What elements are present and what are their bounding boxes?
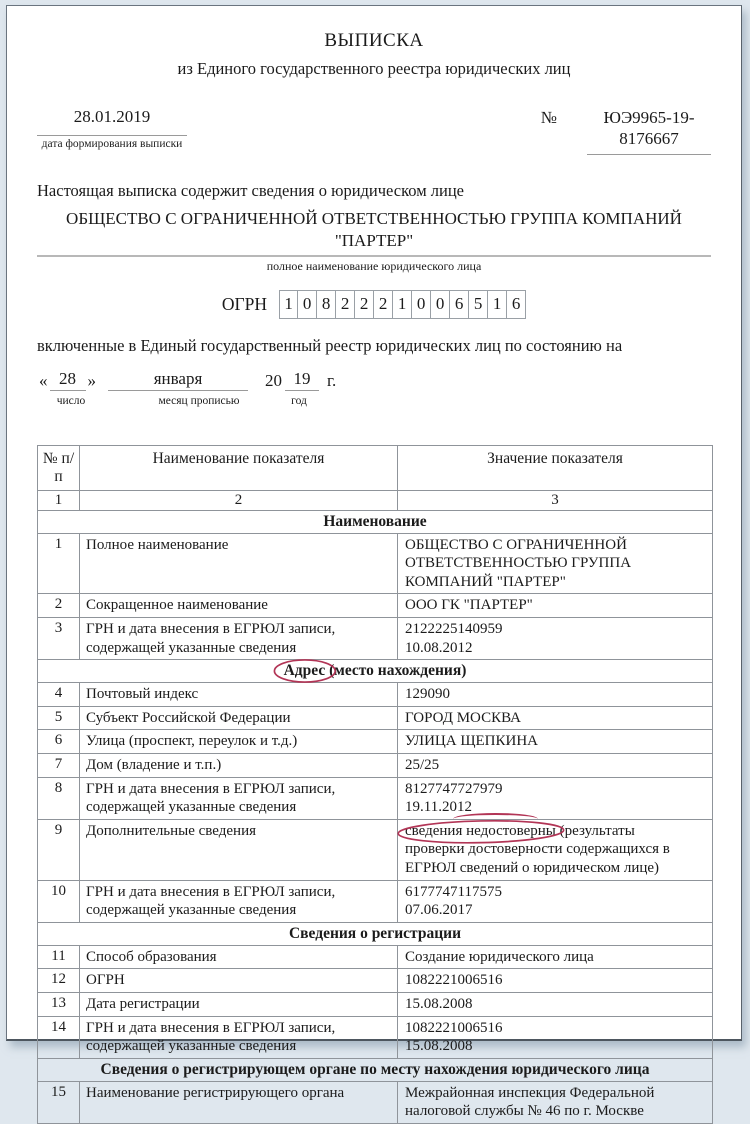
table-row: 3ГРН и дата внесения в ЕГРЮЛ записи, сод… xyxy=(38,618,713,660)
formation-date: 28.01.2019 xyxy=(37,107,187,136)
indicator-value: 2122225140959 10.08.2012 xyxy=(398,618,713,660)
row-number: 14 xyxy=(38,1016,80,1058)
ogrn-digit-cell: 0 xyxy=(298,290,317,319)
header-indicator-name: Наименование показателя xyxy=(80,445,398,490)
section-header: Сведения о регистрирующем органе по мест… xyxy=(38,1058,713,1081)
table-row: 2Сокращенное наименованиеООО ГК "ПАРТЕР" xyxy=(38,594,713,618)
table-row: 10ГРН и дата внесения в ЕГРЮЛ записи, со… xyxy=(38,880,713,922)
table-row: 6Улица (проспект, переулок и т.д.)УЛИЦА … xyxy=(38,730,713,754)
table-row: 12ОГРН1082221006516 xyxy=(38,969,713,993)
as-of-date-values: « 28 » января 20 19 г. xyxy=(37,369,711,391)
table-row: 7Дом (владение и т.п.)25/25 xyxy=(38,754,713,778)
ogrn-digit-cell: 1 xyxy=(488,290,507,319)
row-number: 3 xyxy=(38,618,80,660)
table-row: 13Дата регистрации15.08.2008 xyxy=(38,992,713,1016)
indicator-name: ОГРН xyxy=(80,969,398,993)
red-circle-annotation: Адрес xyxy=(284,662,326,680)
ogrn-digit-cell: 2 xyxy=(355,290,374,319)
indicator-value: 25/25 xyxy=(398,754,713,778)
year-value: 19 xyxy=(285,369,319,391)
ogrn-digit-cell: 8 xyxy=(317,290,336,319)
column-number-row: 1 2 3 xyxy=(38,490,713,510)
close-quote: » xyxy=(86,371,99,391)
year-label: год xyxy=(279,395,319,407)
ogrn-digit-cell: 6 xyxy=(450,290,469,319)
indicator-name: Дата регистрации xyxy=(80,992,398,1016)
ogrn-digit-boxes: 1082221006516 xyxy=(279,290,526,319)
indicator-name: ГРН и дата внесения в ЕГРЮЛ записи, соде… xyxy=(80,880,398,922)
indicator-value: ООО ГК "ПАРТЕР" xyxy=(398,594,713,618)
indicator-value: ГОРОД МОСКВА xyxy=(398,706,713,730)
section-header: Сведения о регистрации xyxy=(38,922,713,945)
indicator-name: Дополнительные сведения xyxy=(80,819,398,880)
ogrn-digit-cell: 1 xyxy=(279,290,298,319)
ogrn-digit-cell: 6 xyxy=(507,290,526,319)
ogrn-label: ОГРН xyxy=(222,294,267,315)
row-number: 10 xyxy=(38,880,80,922)
table-row: 15Наименование регистрирующего органаМеж… xyxy=(38,1081,713,1123)
header-num: № п/п xyxy=(38,445,80,490)
formation-date-label: дата формирования выписки xyxy=(37,136,187,150)
month-label: месяц прописью xyxy=(129,395,269,407)
ogrn-digit-cell: 1 xyxy=(393,290,412,319)
section-header: Наименование xyxy=(38,510,713,533)
table-row: 11Способ образованияСоздание юридическог… xyxy=(38,945,713,969)
extract-number-block: № ЮЭ9965-19-8176667 xyxy=(541,107,711,155)
indicator-name: ГРН и дата внесения в ЕГРЮЛ записи, соде… xyxy=(80,777,398,819)
row-number: 1 xyxy=(38,533,80,594)
date-number-row: 28.01.2019 дата формирования выписки № Ю… xyxy=(37,107,711,155)
indicator-value: Создание юридического лица xyxy=(398,945,713,969)
circled-text: сведения недостоверны xyxy=(405,823,556,839)
indicator-value: сведения недостоверны (результаты провер… xyxy=(398,819,713,880)
ogrn-row: ОГРН 1082221006516 xyxy=(37,290,711,319)
table-row: 9Дополнительные сведениясведения недосто… xyxy=(38,819,713,880)
table-row: 5Субъект Российской ФедерацииГОРОД МОСКВ… xyxy=(38,706,713,730)
indicator-name: Субъект Российской Федерации xyxy=(80,706,398,730)
header-indicator-value: Значение показателя xyxy=(398,445,713,490)
table-row: 4Почтовый индекс129090 xyxy=(38,683,713,707)
day-label: число xyxy=(51,395,91,407)
intro-text: Настоящая выписка содержит сведения о юр… xyxy=(37,181,711,201)
indicator-name: Наименование регистрирующего органа xyxy=(80,1081,398,1123)
pen-stroke-annotation xyxy=(453,813,537,819)
row-number: 15 xyxy=(38,1081,80,1123)
indicator-name: ГРН и дата внесения в ЕГРЮЛ записи, соде… xyxy=(80,618,398,660)
indicator-value: 6177747117575 07.06.2017 xyxy=(398,880,713,922)
indicator-value: 8127747727979 19.11.2012 xyxy=(398,777,713,819)
indicator-value: 1082221006516 15.08.2008 xyxy=(398,1016,713,1058)
table-row: 8ГРН и дата внесения в ЕГРЮЛ записи, сод… xyxy=(38,777,713,819)
extract-number: ЮЭ9965-19-8176667 xyxy=(587,107,711,155)
company-name-underline xyxy=(37,255,711,257)
document-subtitle: из Единого государственного реестра юрид… xyxy=(37,59,711,79)
section-row: Адрес (место нахождения) xyxy=(38,660,713,683)
ogrn-digit-cell: 0 xyxy=(412,290,431,319)
table-header-row: № п/п Наименование показателя Значение п… xyxy=(38,445,713,490)
open-quote: « xyxy=(37,371,50,391)
section-header: Адрес (место нахождения) xyxy=(38,660,713,683)
formation-date-block: 28.01.2019 дата формирования выписки xyxy=(37,107,187,150)
ogrn-digit-cell: 5 xyxy=(469,290,488,319)
indicator-name: Полное наименование xyxy=(80,533,398,594)
col-number-3: 3 xyxy=(398,490,713,510)
as-of-date-line: « 28 » января 20 19 г. число месяц пропи… xyxy=(37,369,711,413)
company-name: ОБЩЕСТВО С ОГРАНИЧЕННОЙ ОТВЕТСТВЕННОСТЬЮ… xyxy=(37,208,711,252)
month-value: января xyxy=(108,369,248,391)
row-number: 6 xyxy=(38,730,80,754)
circled-text: Адрес xyxy=(284,662,326,679)
indicator-value: 15.08.2008 xyxy=(398,992,713,1016)
row-number: 8 xyxy=(38,777,80,819)
indicator-value: 129090 xyxy=(398,683,713,707)
indicator-name: Дом (владение и т.п.) xyxy=(80,754,398,778)
row-number: 5 xyxy=(38,706,80,730)
section-row: Наименование xyxy=(38,510,713,533)
year-suffix: г. xyxy=(327,371,336,391)
ogrn-digit-cell: 2 xyxy=(374,290,393,319)
included-text: включенные в Единый государственный реес… xyxy=(37,336,711,356)
col-number-2: 2 xyxy=(80,490,398,510)
document-page: ВЫПИСКА из Единого государственного реес… xyxy=(6,5,742,1041)
indicator-value: УЛИЦА ЩЕПКИНА xyxy=(398,730,713,754)
row-number: 4 xyxy=(38,683,80,707)
indicator-value: 1082221006516 xyxy=(398,969,713,993)
indicator-value: ОБЩЕСТВО С ОГРАНИЧЕННОЙ ОТВЕТСТВЕННОСТЬЮ… xyxy=(398,533,713,594)
indicator-name: Почтовый индекс xyxy=(80,683,398,707)
company-name-label: полное наименование юридического лица xyxy=(37,259,711,274)
document-title: ВЫПИСКА xyxy=(37,30,711,52)
red-circle-annotation: сведения недостоверны xyxy=(405,822,556,841)
indicator-name: Способ образования xyxy=(80,945,398,969)
col-number-1: 1 xyxy=(38,490,80,510)
ogrn-digit-cell: 2 xyxy=(336,290,355,319)
table-row: 14ГРН и дата внесения в ЕГРЮЛ записи, со… xyxy=(38,1016,713,1058)
indicator-name: ГРН и дата внесения в ЕГРЮЛ записи, соде… xyxy=(80,1016,398,1058)
section-row: Сведения о регистрации xyxy=(38,922,713,945)
number-sign: № xyxy=(541,108,557,128)
indicator-name: Сокращенное наименование xyxy=(80,594,398,618)
row-number: 9 xyxy=(38,819,80,880)
row-number: 12 xyxy=(38,969,80,993)
indicator-name: Улица (проспект, переулок и т.д.) xyxy=(80,730,398,754)
indicator-value: Межрайонная инспекция Федеральной налого… xyxy=(398,1081,713,1123)
row-number: 13 xyxy=(38,992,80,1016)
egrul-table-body: Наименование1Полное наименованиеОБЩЕСТВО… xyxy=(38,510,713,1123)
section-row: Сведения о регистрирующем органе по мест… xyxy=(38,1058,713,1081)
row-number: 11 xyxy=(38,945,80,969)
ogrn-digit-cell: 0 xyxy=(431,290,450,319)
table-row: 1Полное наименованиеОБЩЕСТВО С ОГРАНИЧЕН… xyxy=(38,533,713,594)
row-number: 7 xyxy=(38,754,80,778)
egrul-table: № п/п Наименование показателя Значение п… xyxy=(37,445,713,1124)
day-value: 28 xyxy=(50,369,86,391)
row-number: 2 xyxy=(38,594,80,618)
year-century: 20 xyxy=(262,371,285,391)
